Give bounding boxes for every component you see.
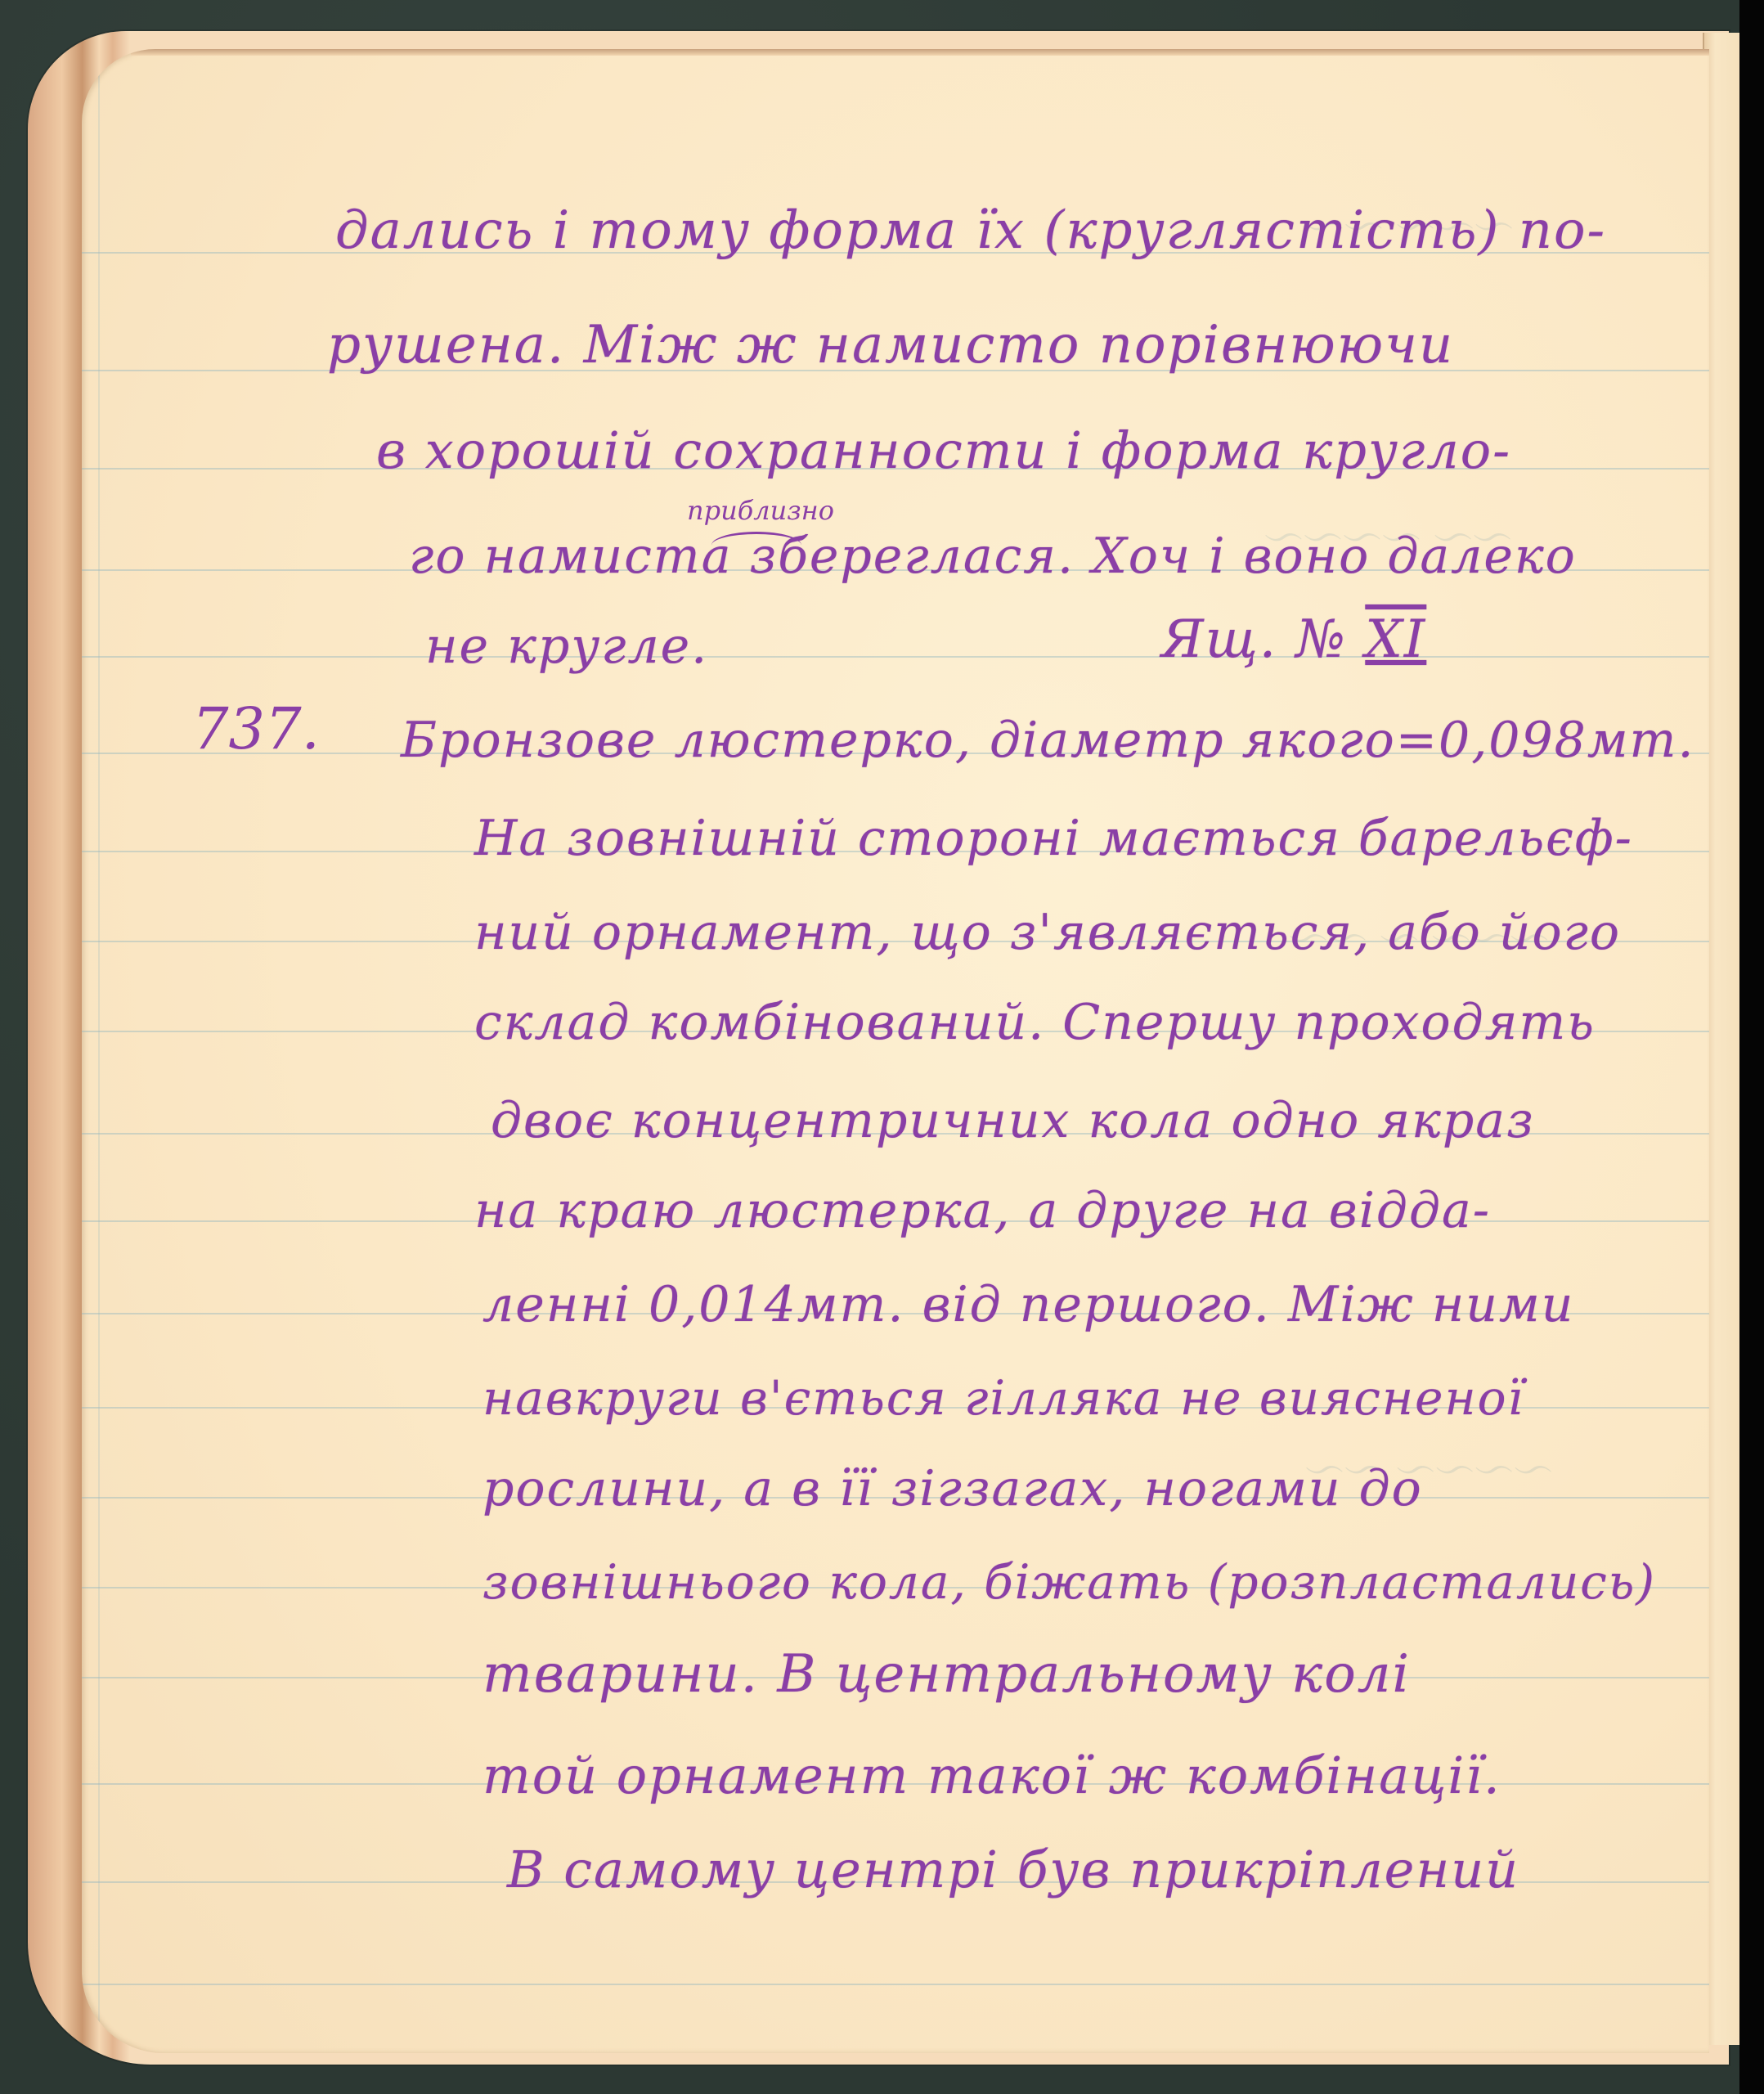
entry-line-1: Бронзове люстерко, діаметр якого=0,098мт… bbox=[401, 716, 1695, 765]
entry-line-10: зовнішнього кола, біжать (розпластались) bbox=[483, 1558, 1656, 1606]
entry-line-11: тварини. В центральному колі bbox=[483, 1648, 1411, 1701]
inserted-word-above-line: приблизно bbox=[687, 495, 834, 526]
entry-number: 737. bbox=[192, 695, 320, 762]
box-reference-numeral: XI bbox=[1365, 609, 1426, 670]
box-reference: Ящ. № XI bbox=[1161, 613, 1426, 666]
text-line-continuation-4: го намиста збереглася. Хоч і воно далеко bbox=[409, 532, 1577, 581]
entry-line-13: В самому центрі був прикріплений bbox=[507, 1845, 1519, 1895]
entry-line-8: навкруги в'ється гілляка не виясненої bbox=[483, 1374, 1524, 1422]
text-line-continuation-5: не кругле. bbox=[425, 622, 708, 671]
entry-line-7: ленні 0,014мт. від першого. Між ними bbox=[483, 1280, 1574, 1329]
text-line-continuation-1: дались і тому форма їх (круглястість) по… bbox=[335, 204, 1606, 257]
page-top-edge bbox=[131, 49, 1709, 56]
entry-line-3: ний орнамент, що з'являється, або його bbox=[474, 908, 1621, 957]
text-line-continuation-3: в хорошій сохранности і форма кругло- bbox=[376, 425, 1511, 476]
entry-line-9: рослини, а в її зігзагах, ногами до bbox=[483, 1464, 1423, 1513]
entry-line-6: на краю люстерка, а друге на відда- bbox=[474, 1186, 1491, 1235]
box-reference-label: Ящ. № bbox=[1161, 609, 1347, 670]
text-line-continuation-2: рушена. Між ж намисто порівнюючи bbox=[327, 319, 1454, 371]
entry-line-12: той орнамент такої ж комбінації. bbox=[483, 1750, 1501, 1801]
scan-border-right bbox=[1739, 0, 1764, 2094]
entry-line-2: На зовнішній стороні мається барельєф- bbox=[474, 814, 1633, 863]
ruled-line bbox=[82, 1984, 1709, 1985]
entry-line-4: склад комбінований. Спершу проходять bbox=[474, 998, 1596, 1047]
ruled-line bbox=[82, 656, 1709, 658]
margin-line bbox=[98, 49, 100, 2053]
notebook-page: ～～～ ～～ ～～ ～～～～ ～～～ ～ ～～ ～～～～ ～～ дались і… bbox=[82, 49, 1709, 2053]
entry-line-5: двоє концентричних кола одно якраз bbox=[491, 1096, 1535, 1145]
